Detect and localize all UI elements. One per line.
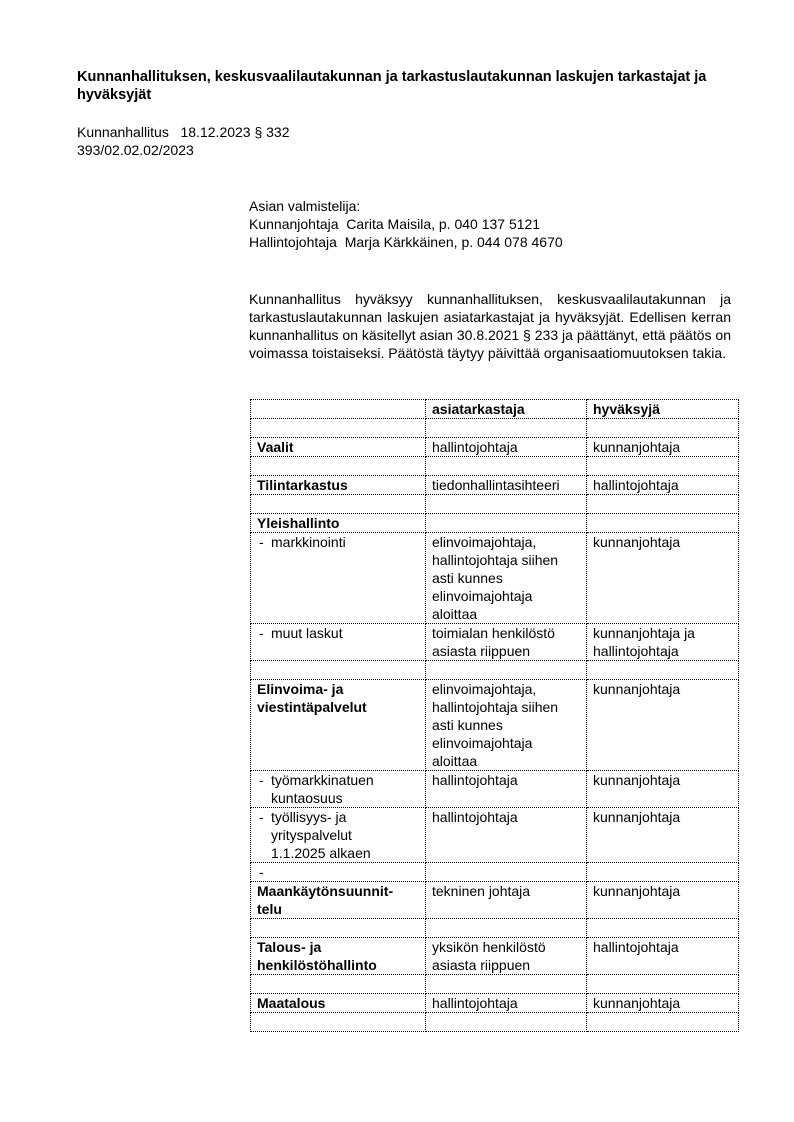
area-cell: Maankäytönsuunnit- telu [251,882,426,919]
inspector-cell: hallintojohtaja [426,808,587,863]
approver-cell: kunnanjohtaja [587,438,739,457]
inspector-cell: hallintojohtaja [426,438,587,457]
area-cell-text: Maatalous [257,995,325,1011]
table-row [251,919,739,938]
approver-cell-text: kunnanjohtaja [593,534,680,550]
sub-area-label: työllisyys- ja yrityspalvelut 1.1.2025 a… [271,808,421,862]
inspector-cell: hallintojohtaja [426,994,587,1013]
approver-cell [587,863,739,882]
area-cell-text: Talous- ja henkilöstöhallinto [257,939,377,973]
bullet-dash: - [259,808,271,862]
table-row: Elinvoima- ja viestintäpalvelutelinvoima… [251,680,739,771]
table-row: -työllisyys- ja yrityspalvelut 1.1.2025 … [251,808,739,863]
approver-cell: kunnanjohtaja ja hallintojohtaja [587,624,739,661]
approver-cell [587,661,739,680]
area-cell [251,495,426,514]
approver-cell: hallintojohtaja [587,938,739,975]
approver-cell-text: kunnanjohtaja [593,883,680,899]
inspector-cell-text: hallintojohtaja [432,809,518,825]
inspector-cell-text: elinvoimajohtaja, hallintojohtaja siihen… [432,681,558,769]
area-cell: Elinvoima- ja viestintäpalvelut [251,680,426,771]
approver-cell-text: kunnanjohtaja [593,809,680,825]
area-cell-text: Elinvoima- ja viestintäpalvelut [257,681,367,715]
inspector-cell: tekninen johtaja [426,882,587,919]
inspector-cell-text: tekninen johtaja [432,883,530,899]
inspector-cell: tiedonhallintasihteeri [426,476,587,495]
approver-cell [587,919,739,938]
table-body: VaalithallintojohtajakunnanjohtajaTilint… [251,419,739,1032]
approver-cell [587,1013,739,1032]
approver-cell-text: kunnanjohtaja [593,995,680,1011]
table-row: Maankäytönsuunnit- telutekninen johtajak… [251,882,739,919]
approver-cell-text: hallintojohtaja [593,939,679,955]
preparer-line: Hallintojohtaja Marja Kärkkäinen, p. 044… [249,233,563,251]
inspector-cell-text: hallintojohtaja [432,772,518,788]
inspector-cell [426,514,587,533]
area-cell-text: Yleishallinto [257,515,339,531]
area-cell: Vaalit [251,438,426,457]
table-row [251,457,739,476]
preparer-block: Asian valmistelija: Kunnanjohtaja Carita… [249,197,563,251]
area-cell: -työmarkkinatuen kuntaosuus [251,771,426,808]
area-cell: - [251,863,426,882]
approver-cell: kunnanjohtaja [587,994,739,1013]
area-cell-text: Tilintarkastus [257,477,348,493]
approver-cell: kunnanjohtaja [587,808,739,863]
approver-cell-text: kunnanjohtaja ja hallintojohtaja [593,625,695,659]
table-header-row: asiatarkastaja hyväksyjä [251,400,739,419]
table-row [251,661,739,680]
responsibility-table: asiatarkastaja hyväksyjä Vaalithallintoj… [250,399,739,1032]
approver-cell: hallintojohtaja [587,476,739,495]
approver-cell-text: kunnanjohtaja [593,681,680,697]
table-row: Yleishallinto [251,514,739,533]
area-cell [251,975,426,994]
inspector-cell-text: elinvoimajohtaja, hallintojohtaja siihen… [432,534,558,622]
inspector-cell: elinvoimajohtaja, hallintojohtaja siihen… [426,533,587,624]
area-cell: Maatalous [251,994,426,1013]
inspector-cell [426,457,587,476]
table-row: -markkinointielinvoimajohtaja, hallintoj… [251,533,739,624]
area-cell: Talous- ja henkilöstöhallinto [251,938,426,975]
inspector-cell-text: toimialan henkilöstö asiasta riippuen [432,625,555,659]
inspector-cell: elinvoimajohtaja, hallintojohtaja siihen… [426,680,587,771]
approver-cell [587,975,739,994]
bullet-dash: - [259,771,271,807]
approver-cell: kunnanjohtaja [587,533,739,624]
inspector-cell-text: hallintojohtaja [432,995,518,1011]
header-cell-inspector: asiatarkastaja [426,400,587,419]
table-row: Maataloushallintojohtajakunnanjohtaja [251,994,739,1013]
inspector-cell [426,975,587,994]
area-cell-text: Vaalit [257,439,294,455]
area-cell [251,419,426,438]
approver-cell [587,457,739,476]
table-row: - [251,863,739,882]
inspector-cell [426,919,587,938]
approver-cell [587,419,739,438]
inspector-cell [426,495,587,514]
inspector-cell [426,863,587,882]
area-cell [251,919,426,938]
meeting-reference: Kunnanhallitus 18.12.2023 § 332 [77,123,290,141]
area-cell-text: Maankäytönsuunnit- telu [257,883,393,917]
inspector-cell: toimialan henkilöstö asiasta riippuen [426,624,587,661]
approver-cell [587,495,739,514]
approver-cell [587,514,739,533]
inspector-cell: hallintojohtaja [426,771,587,808]
area-cell [251,457,426,476]
record-number: 393/02.02.02/2023 [77,141,290,159]
decision-text: Kunnanhallitus hyväksyy kunnanhallitukse… [249,290,731,362]
bullet-dash: - [259,624,271,642]
preparer-line: Kunnanjohtaja Carita Maisila, p. 040 137… [249,215,563,233]
approver-cell: kunnanjohtaja [587,771,739,808]
sub-area-label: markkinointi [271,533,421,551]
table-row: Tilintarkastustiedonhallintasihteerihall… [251,476,739,495]
approver-cell-text: hallintojohtaja [593,477,679,493]
inspector-cell [426,661,587,680]
area-cell: -muut laskut [251,624,426,661]
inspector-cell: yksikön henkilöstö asiasta riippuen [426,938,587,975]
table-row: Vaalithallintojohtajakunnanjohtaja [251,438,739,457]
area-cell: -markkinointi [251,533,426,624]
table-row [251,419,739,438]
table-row: Talous- ja henkilöstöhallintoyksikön hen… [251,938,739,975]
approver-cell: kunnanjohtaja [587,882,739,919]
preparer-label: Asian valmistelija: [249,197,563,215]
table-row [251,1013,739,1032]
inspector-cell [426,1013,587,1032]
table-row [251,495,739,514]
area-cell [251,661,426,680]
area-cell [251,1013,426,1032]
bullet-dash: - [259,533,271,551]
area-cell: Tilintarkastus [251,476,426,495]
table-row: -työmarkkinatuen kuntaosuushallintojohta… [251,771,739,808]
header-cell-approver: hyväksyjä [587,400,739,419]
approver-cell-text: kunnanjohtaja [593,772,680,788]
inspector-cell [426,419,587,438]
approver-cell-text: kunnanjohtaja [593,439,680,455]
area-cell-text: - [259,864,264,880]
area-cell: -työllisyys- ja yrityspalvelut 1.1.2025 … [251,808,426,863]
meeting-info: Kunnanhallitus 18.12.2023 § 332 393/02.0… [77,123,290,159]
inspector-cell-text: tiedonhallintasihteeri [432,477,560,493]
sub-area-label: työmarkkinatuen kuntaosuus [271,771,421,807]
approver-cell: kunnanjohtaja [587,680,739,771]
inspector-cell-text: hallintojohtaja [432,439,518,455]
document-title: Kunnanhallituksen, keskusvaalilautakunna… [77,68,717,104]
inspector-cell-text: yksikön henkilöstö asiasta riippuen [432,939,546,973]
table-row: -muut laskuttoimialan henkilöstö asiasta… [251,624,739,661]
area-cell: Yleishallinto [251,514,426,533]
table-row [251,975,739,994]
header-cell-area [251,400,426,419]
sub-area-label: muut laskut [271,624,421,642]
